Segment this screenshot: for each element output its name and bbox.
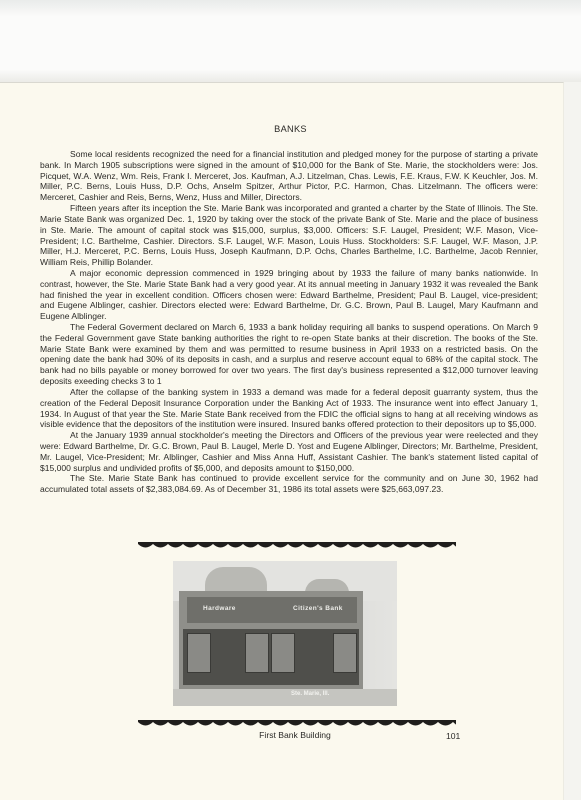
page-title: BANKS <box>0 124 581 134</box>
scallop-border-icon <box>138 720 456 728</box>
photo-street-inscription: Ste. Marie, Ill. <box>291 691 329 697</box>
scalloped-divider-top <box>138 542 456 550</box>
page-number: 101 <box>446 731 460 741</box>
article-body: Some local residents recognized the need… <box>40 149 538 495</box>
paragraph-fdic: After the collapse of the banking system… <box>40 387 538 430</box>
photo-caption: First Bank Building <box>190 730 400 740</box>
paragraph-bank-founding: Some local residents recognized the need… <box>40 149 538 203</box>
first-bank-building-photo: Hardware Citizen's Bank Ste. Marie, Ill. <box>173 561 397 706</box>
paragraph-1939-meeting: At the January 1939 annual stockholder's… <box>40 430 538 473</box>
paragraph-total-assets: The Ste. Marie State Bank has continued … <box>40 473 538 495</box>
paragraph-depression: A major economic depression commenced in… <box>40 268 538 322</box>
scan-right-margin <box>564 82 581 800</box>
paragraph-bank-holiday: The Federal Goverment declared on March … <box>40 322 538 387</box>
scan-top-margin <box>0 0 581 82</box>
scallop-border-icon <box>138 542 456 550</box>
photo-sign-hardware: Hardware <box>203 605 236 612</box>
paragraph-state-charter: Fifteen years after its inception the St… <box>40 203 538 268</box>
photo-sign-citizens-bank: Citizen's Bank <box>293 605 343 612</box>
scalloped-divider-bottom <box>138 720 456 728</box>
